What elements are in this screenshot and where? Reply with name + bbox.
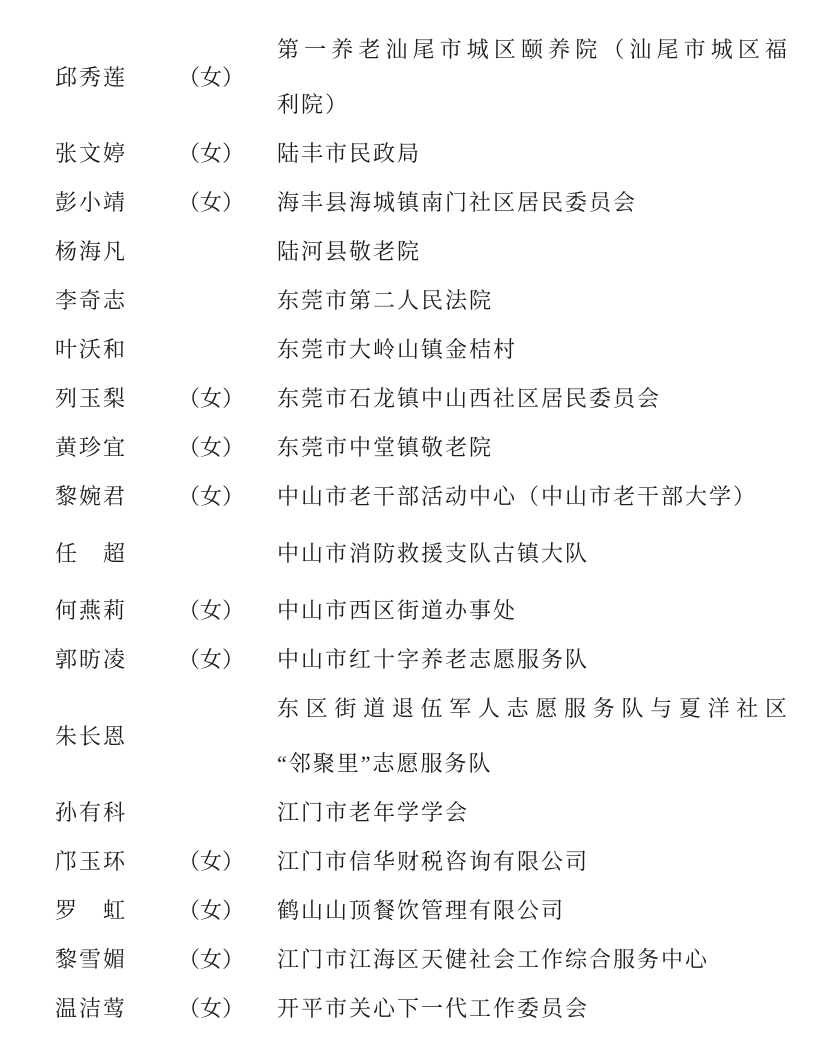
- recipient-name: 任 超: [55, 540, 178, 568]
- organization-line: 中山市红十字养老志愿服务队: [277, 646, 789, 674]
- organization-line: 中山市消防救援支队古镇大队: [277, 540, 789, 568]
- organization: 中山市西区街道办事处: [277, 597, 789, 625]
- recipient-row: 彭小靖 （女） 海丰县海城镇南门社区居民委员会: [55, 189, 816, 217]
- recipient-row: 任 超 中山市消防救援支队古镇大队: [55, 540, 816, 568]
- organization: 东莞市中堂镇敬老院: [277, 434, 789, 462]
- organization-line: 东莞市第二人民法院: [277, 287, 789, 315]
- organization: 中山市红十字养老志愿服务队: [277, 646, 789, 674]
- organization: 江门市信华财税咨询有限公司: [277, 848, 789, 876]
- recipient-row: 黎雪媚 （女） 江门市江海区天健社会工作综合服务中心: [55, 946, 816, 974]
- recipient-row: 叶沃和 东莞市大岭山镇金桔村: [55, 336, 816, 364]
- organization-line: 江门市江海区天健社会工作综合服务中心: [277, 946, 789, 974]
- gender-marker: （女）: [178, 434, 277, 462]
- recipient-row: 杨海凡 陆河县敬老院: [55, 238, 816, 266]
- gender-marker: （女）: [178, 189, 277, 217]
- organization: 东莞市第二人民法院: [277, 287, 789, 315]
- organization-line: 中山市西区街道办事处: [277, 597, 789, 625]
- organization: 东莞市大岭山镇金桔村: [277, 336, 789, 364]
- recipient-name: 孙有科: [55, 799, 178, 827]
- recipient-name: 何燕莉: [55, 597, 178, 625]
- organization-line: 东莞市中堂镇敬老院: [277, 434, 789, 462]
- organization-line: 海丰县海城镇南门社区居民委员会: [277, 189, 789, 217]
- recipient-name: 邱秀莲: [55, 64, 178, 92]
- organization: 陆丰市民政局: [277, 140, 789, 168]
- document-page: 邱秀莲 （女） 第一养老汕尾市城区颐养院（汕尾市城区福利院） 张文婷 （女） 陆…: [0, 0, 816, 1059]
- recipient-name: 张文婷: [55, 140, 178, 168]
- recipient-row: 何燕莉 （女） 中山市西区街道办事处: [55, 597, 816, 625]
- gender-marker: （女）: [178, 483, 277, 511]
- recipient-row: 李奇志 东莞市第二人民法院: [55, 287, 816, 315]
- recipient-name: 黎婉君: [55, 483, 178, 511]
- organization-line: 陆丰市民政局: [277, 140, 789, 168]
- gender-marker: （女）: [178, 385, 277, 413]
- gender-marker: （女）: [178, 946, 277, 974]
- organization: 江门市老年学学会: [277, 799, 789, 827]
- organization: 东区街道退伍军人志愿服务队与夏洋社区“邻聚里”志愿服务队: [277, 695, 789, 778]
- recipient-row: 温洁莺 （女） 开平市关心下一代工作委员会: [55, 995, 816, 1023]
- gender-marker: （女）: [178, 995, 277, 1023]
- organization-line: 江门市信华财税咨询有限公司: [277, 848, 789, 876]
- recipient-row: 黄珍宜 （女） 东莞市中堂镇敬老院: [55, 434, 816, 462]
- organization: 江门市江海区天健社会工作综合服务中心: [277, 946, 789, 974]
- gender-marker: （女）: [178, 597, 277, 625]
- organization-line: 中山市老干部活动中心（中山市老干部大学）: [277, 483, 789, 511]
- recipient-row: 孙有科 江门市老年学学会: [55, 799, 816, 827]
- gender-marker: （女）: [178, 646, 277, 674]
- organization: 鹤山山顶餐饮管理有限公司: [277, 897, 789, 925]
- recipient-name: 列玉梨: [55, 385, 178, 413]
- recipient-row: 张文婷 （女） 陆丰市民政局: [55, 140, 816, 168]
- organization: 中山市老干部活动中心（中山市老干部大学）: [277, 483, 789, 511]
- organization: 开平市关心下一代工作委员会: [277, 995, 789, 1023]
- gender-marker: （女）: [178, 848, 277, 876]
- organization: 陆河县敬老院: [277, 238, 789, 266]
- organization-line: 第一养老汕尾市城区颐养院（汕尾市城区福: [277, 36, 789, 64]
- organization-line: 利院）: [277, 91, 789, 119]
- organization-line: 东莞市石龙镇中山西社区居民委员会: [277, 385, 789, 413]
- recipient-name: 李奇志: [55, 287, 178, 315]
- recipient-row: 黎婉君 （女） 中山市老干部活动中心（中山市老干部大学）: [55, 483, 816, 511]
- recipient-row: 列玉梨 （女） 东莞市石龙镇中山西社区居民委员会: [55, 385, 816, 413]
- recipient-name: 朱长恩: [55, 723, 178, 751]
- organization-line: 鹤山山顶餐饮管理有限公司: [277, 897, 789, 925]
- organization: 海丰县海城镇南门社区居民委员会: [277, 189, 789, 217]
- gender-marker: （女）: [178, 140, 277, 168]
- recipient-name: 叶沃和: [55, 336, 178, 364]
- recipient-list: 邱秀莲 （女） 第一养老汕尾市城区颐养院（汕尾市城区福利院） 张文婷 （女） 陆…: [55, 36, 816, 1023]
- organization-line: 东区街道退伍军人志愿服务队与夏洋社区: [277, 695, 789, 723]
- recipient-name: 罗 虹: [55, 897, 178, 925]
- organization: 中山市消防救援支队古镇大队: [277, 540, 789, 568]
- recipient-row: 朱长恩 东区街道退伍军人志愿服务队与夏洋社区“邻聚里”志愿服务队: [55, 695, 816, 778]
- recipient-name: 彭小靖: [55, 189, 178, 217]
- recipient-name: 温洁莺: [55, 995, 178, 1023]
- recipient-name: 黎雪媚: [55, 946, 178, 974]
- gender-marker: （女）: [178, 64, 277, 92]
- organization-line: 江门市老年学学会: [277, 799, 789, 827]
- recipient-row: 邱秀莲 （女） 第一养老汕尾市城区颐养院（汕尾市城区福利院）: [55, 36, 816, 119]
- recipient-name: 黄珍宜: [55, 434, 178, 462]
- organization: 东莞市石龙镇中山西社区居民委员会: [277, 385, 789, 413]
- organization-line: 陆河县敬老院: [277, 238, 789, 266]
- recipient-row: 郭昉凌 （女） 中山市红十字养老志愿服务队: [55, 646, 816, 674]
- organization: 第一养老汕尾市城区颐养院（汕尾市城区福利院）: [277, 36, 789, 119]
- organization-line: 开平市关心下一代工作委员会: [277, 995, 789, 1023]
- organization-line: “邻聚里”志愿服务队: [277, 750, 789, 778]
- gender-marker: （女）: [178, 897, 277, 925]
- recipient-row: 罗 虹 （女） 鹤山山顶餐饮管理有限公司: [55, 897, 816, 925]
- recipient-row: 邝玉环 （女） 江门市信华财税咨询有限公司: [55, 848, 816, 876]
- recipient-name: 杨海凡: [55, 238, 178, 266]
- organization-line: 东莞市大岭山镇金桔村: [277, 336, 789, 364]
- recipient-name: 郭昉凌: [55, 646, 178, 674]
- recipient-name: 邝玉环: [55, 848, 178, 876]
